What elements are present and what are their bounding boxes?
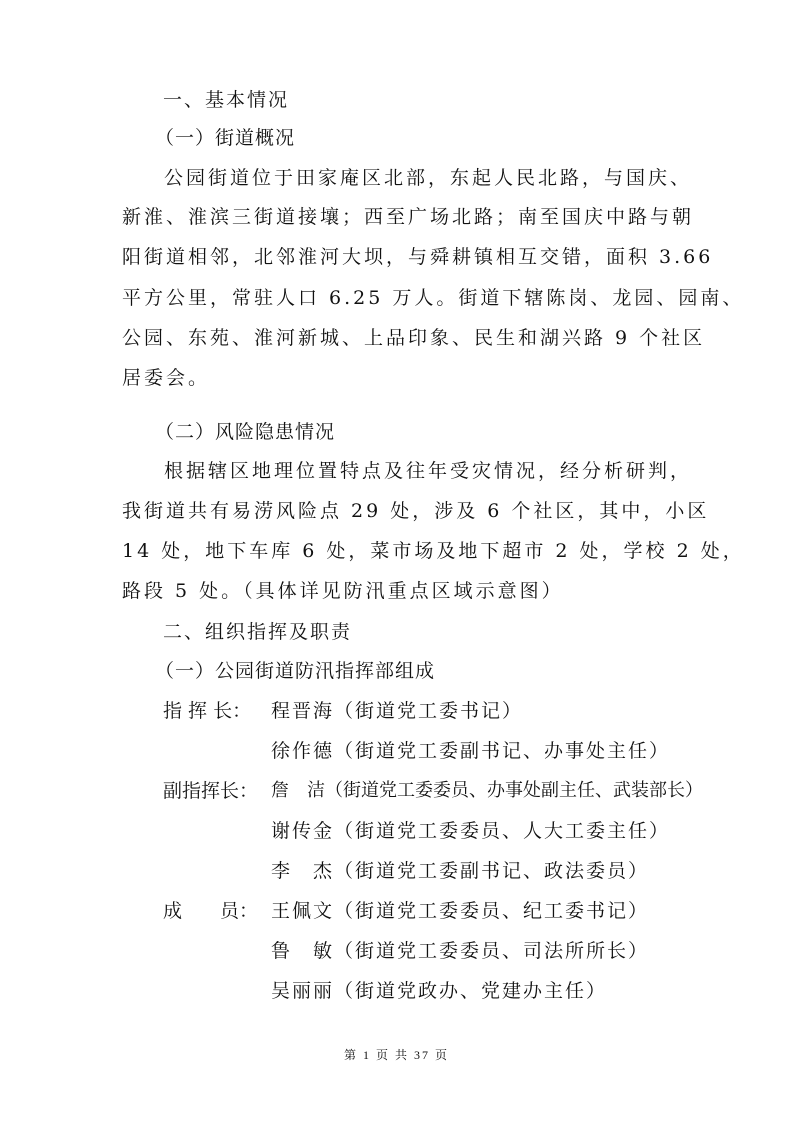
paragraph-line: 公园街道位于田家庵区北部，东起人民北路，与国庆、 [164, 166, 692, 190]
subsection-heading-street-overview: （一）街道概况 [155, 126, 295, 150]
roster-member: 李 杰（街道党工委副书记、政法委员） [271, 859, 649, 883]
subsection-heading-command-composition: （一）公园街道防汛指挥部组成 [155, 659, 435, 683]
document-page: 一、基本情况 （一）街道概况 公园街道位于田家庵区北部，东起人民北路，与国庆、 … [0, 0, 793, 1122]
paragraph-line: 路段 5 处。（具体详见防汛重点区域示意图） [122, 579, 564, 603]
roster-member: 徐作德（街道党工委副书记、办事处主任） [271, 739, 670, 763]
paragraph-line: 新淮、淮滨三街道接壤；西至广场北路；南至国庆中路与朝 [122, 205, 694, 229]
paragraph-line: 公园、东苑、淮河新城、上品印象、民生和湖兴路 9 个社区 [122, 326, 705, 350]
paragraph-line: 我街道共有易涝风险点 29 处，涉及 6 个社区，其中，小区 [122, 499, 709, 523]
paragraph-line: 阳街道相邻，北邻淮河大坝，与舜耕镇相互交错，面积 3.66 [122, 245, 713, 269]
roster-member: 王佩文（街道党工委委员、纪工委书记） [271, 899, 649, 923]
page-number-footer: 第 1 页 共 37 页 [0, 1046, 793, 1063]
section-heading-organization: 二、组织指挥及职责 [163, 620, 352, 644]
subsection-heading-risk: （二）风险隐患情况 [155, 420, 335, 444]
roster-member: 詹 洁（街道党工委委员、办事处副主任、武装部长） [271, 779, 703, 803]
paragraph-line: 根据辖区地理位置特点及往年受灾情况，经分析研判， [164, 459, 692, 483]
paragraph-line: 居委会。 [122, 366, 210, 390]
roster-member: 程晋海（街道党工委书记） [271, 699, 523, 723]
roster-label-deputy-commander: 副指挥长： [163, 779, 258, 803]
roster-label-members: 成 员： [163, 899, 258, 923]
roster-member: 鲁 敏（街道党工委委员、司法所所长） [271, 939, 649, 963]
section-heading-basic-info: 一、基本情况 [163, 88, 289, 112]
paragraph-line: 平方公里，常驻人口 6.25 万人。街道下辖陈岗、龙园、园南、 [122, 286, 744, 310]
roster-label-commander: 指 挥 长： [163, 699, 251, 723]
paragraph-line: 14 处，地下车库 6 处，菜市场及地下超市 2 处，学校 2 处， [122, 539, 745, 563]
roster-member: 吴丽丽（街道党政办、党建办主任） [271, 979, 607, 1003]
roster-member: 谢传金（街道党工委委员、人大工委主任） [271, 819, 670, 843]
